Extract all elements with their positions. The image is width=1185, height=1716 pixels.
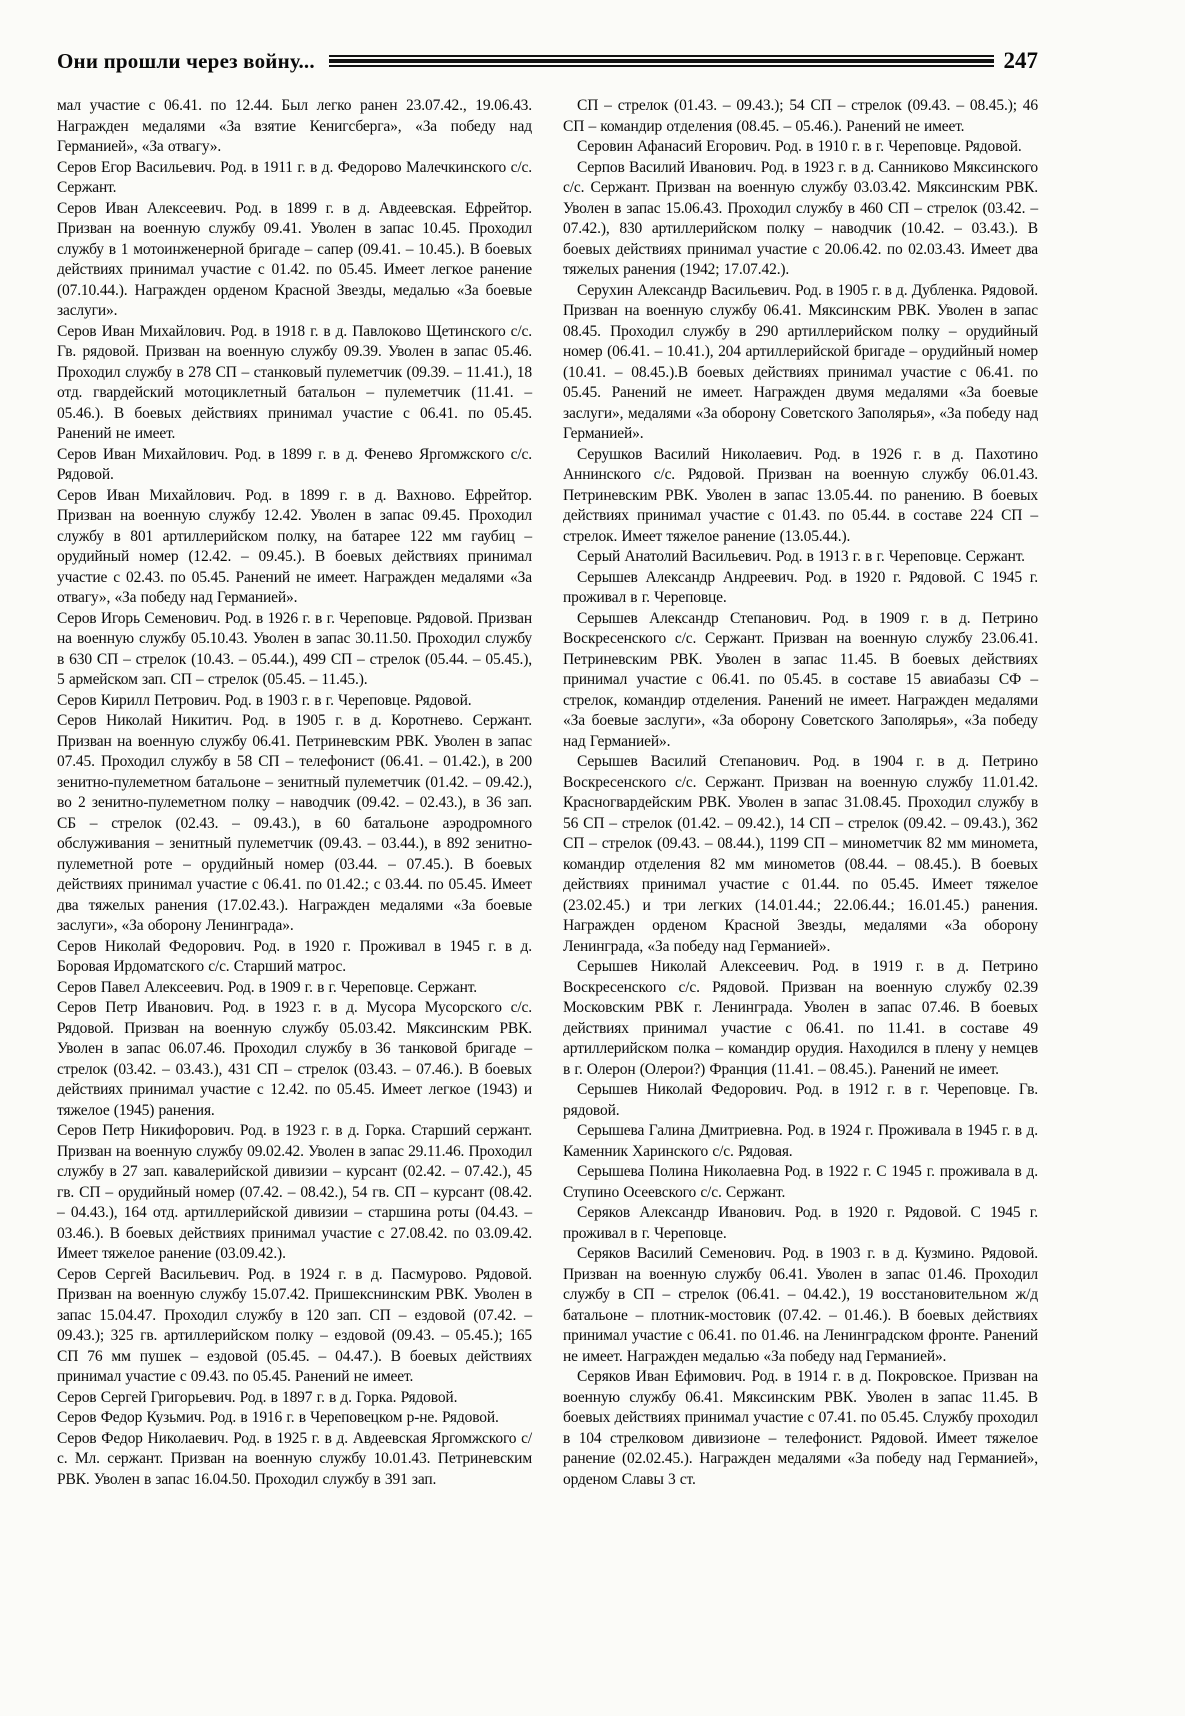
entry-paragraph: Серяков Александр Иванович. Род. в 1920 …	[563, 1203, 1038, 1244]
entry-paragraph: Серов Федор Кузьмич. Род. в 1916 г. в Че…	[57, 1408, 532, 1429]
entry-paragraph: Серов Федор Николаевич. Род. в 1925 г. в…	[57, 1429, 532, 1491]
entry-paragraph: Серышев Николай Алексеевич. Род. в 1919 …	[563, 957, 1038, 1080]
entry-paragraph: Серухин Александр Васильевич. Род. в 190…	[563, 281, 1038, 445]
entry-paragraph: Серов Сергей Григорьевич. Род. в 1897 г.…	[57, 1388, 532, 1409]
entry-paragraph: Серов Иван Михайлович. Род. в 1918 г. в …	[57, 322, 532, 445]
page-content: Они прошли через войну... 247 мал участи…	[57, 44, 1038, 1490]
entry-paragraph: Серов Иван Алексеевич. Род. в 1899 г. в …	[57, 199, 532, 322]
entry-paragraph: Серышев Василий Степанович. Род. в 1904 …	[563, 752, 1038, 957]
entry-paragraph: Серышева Полина Николаевна Род. в 1922 г…	[563, 1162, 1038, 1203]
entry-paragraph: Серов Николай Федорович. Род. в 1920 г. …	[57, 937, 532, 978]
page-header: Они прошли через войну... 247	[57, 44, 1038, 78]
column-right: СП – стрелок (01.43. – 09.43.); 54 СП – …	[563, 96, 1038, 1490]
page-number: 247	[1004, 48, 1039, 74]
entry-paragraph: Серов Иван Михайлович. Род. в 1899 г. в …	[57, 486, 532, 609]
entry-paragraph: Серяков Василий Семенович. Род. в 1903 г…	[563, 1244, 1038, 1367]
running-title: Они прошли через войну...	[57, 49, 315, 74]
entry-paragraph: Серышева Галина Дмитриевна. Род. в 1924 …	[563, 1121, 1038, 1162]
entry-paragraph: Серов Игорь Семенович. Род. в 1926 г. в …	[57, 609, 532, 691]
entry-paragraph: мал участие с 06.41. по 12.44. Был легко…	[57, 96, 532, 158]
text-columns: мал участие с 06.41. по 12.44. Был легко…	[57, 96, 1038, 1490]
entry-paragraph: Серов Петр Иванович. Род. в 1923 г. в д.…	[57, 998, 532, 1121]
entry-paragraph: Серовин Афанасий Егорович. Род. в 1910 г…	[563, 137, 1038, 158]
entry-paragraph: Серяков Иван Ефимович. Род. в 1914 г. в …	[563, 1367, 1038, 1490]
header-rule	[329, 55, 994, 67]
entry-paragraph: Серышев Александр Степанович. Род. в 190…	[563, 609, 1038, 753]
entry-paragraph: Серов Кирилл Петрович. Род. в 1903 г. в …	[57, 691, 532, 712]
entry-paragraph: Серов Петр Никифорович. Род. в 1923 г. в…	[57, 1121, 532, 1265]
entry-paragraph: Серов Павел Алексеевич. Род. в 1909 г. в…	[57, 978, 532, 999]
entry-paragraph: Серов Егор Васильевич. Род. в 1911 г. в …	[57, 158, 532, 199]
entry-paragraph: Серов Сергей Васильевич. Род. в 1924 г. …	[57, 1265, 532, 1388]
entry-paragraph: Серов Иван Михайлович. Род. в 1899 г. в …	[57, 445, 532, 486]
entry-paragraph: Серый Анатолий Васильевич. Род. в 1913 г…	[563, 547, 1038, 568]
column-left: мал участие с 06.41. по 12.44. Был легко…	[57, 96, 532, 1490]
entry-paragraph: Серушков Василий Николаевич. Род. в 1926…	[563, 445, 1038, 548]
book-page: Они прошли через войну... 247 мал участи…	[0, 0, 1185, 1716]
entry-paragraph: СП – стрелок (01.43. – 09.43.); 54 СП – …	[563, 96, 1038, 137]
entry-paragraph: Серышев Александр Андреевич. Род. в 1920…	[563, 568, 1038, 609]
entry-paragraph: Серов Николай Никитич. Род. в 1905 г. в …	[57, 711, 532, 937]
entry-paragraph: Серпов Василий Иванович. Род. в 1923 г. …	[563, 158, 1038, 281]
entry-paragraph: Серышев Николай Федорович. Род. в 1912 г…	[563, 1080, 1038, 1121]
